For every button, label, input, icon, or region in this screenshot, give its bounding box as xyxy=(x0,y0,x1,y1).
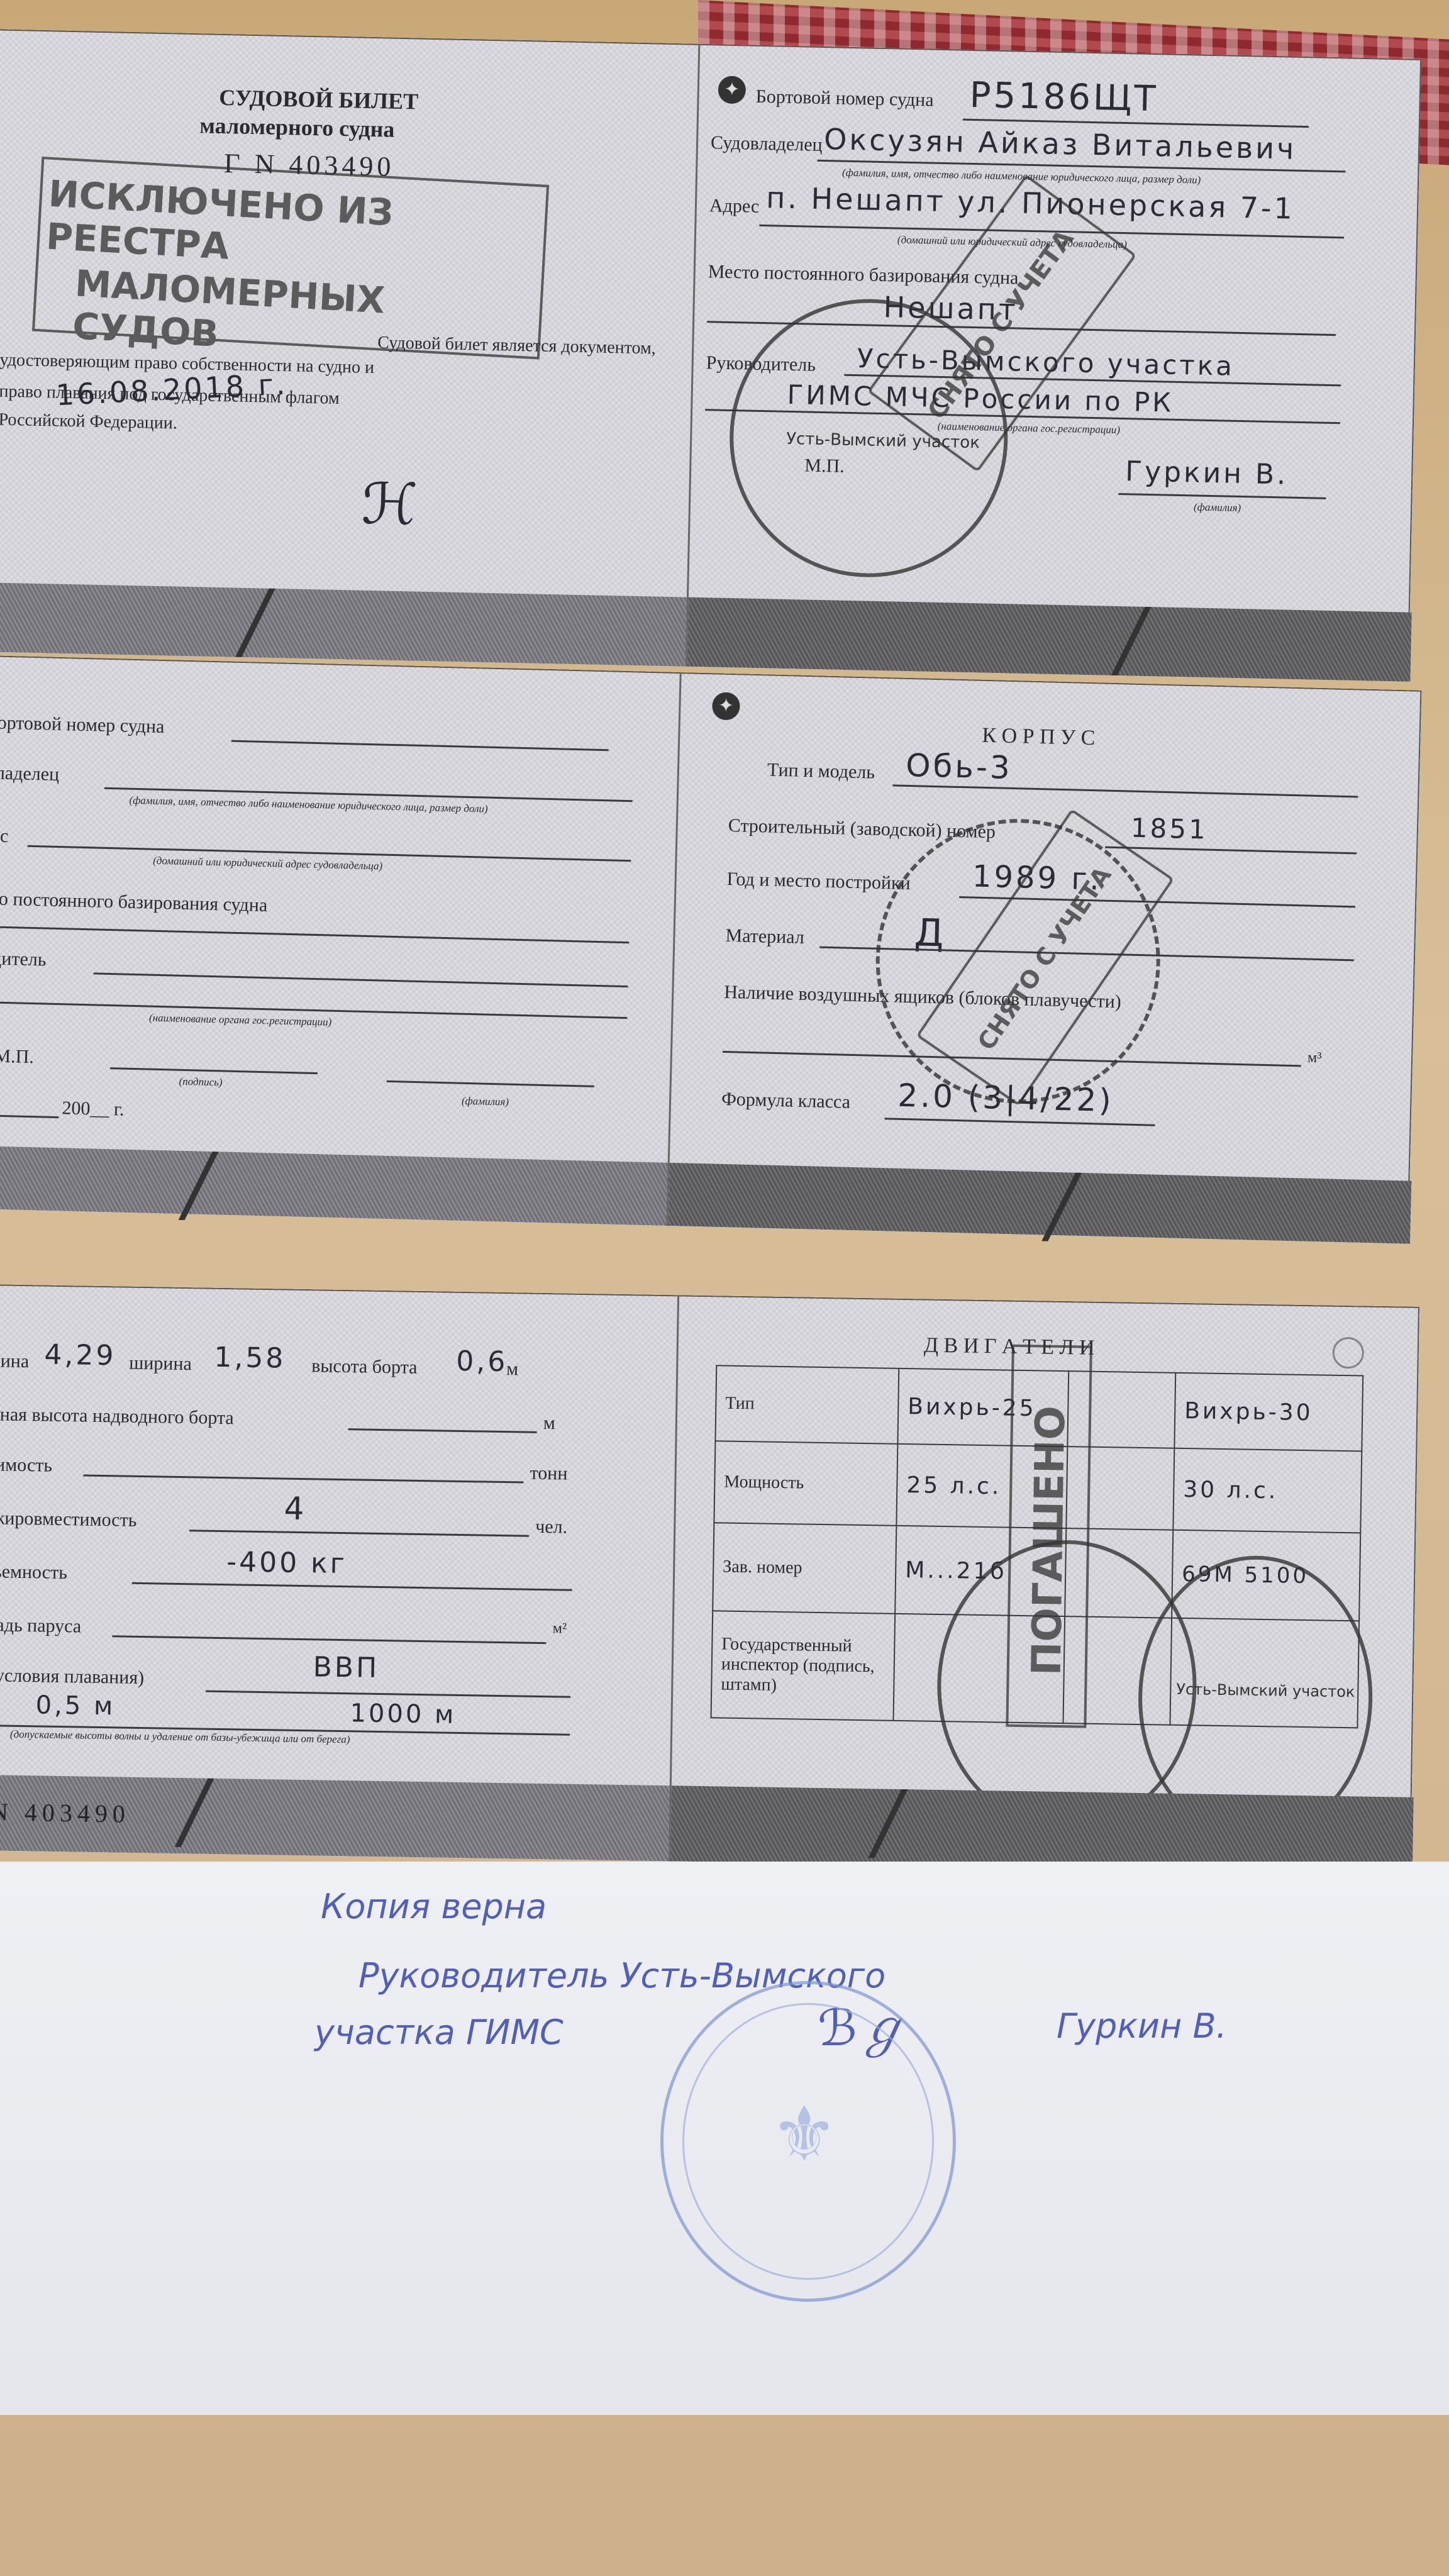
body-line-4: Российской Федерации. xyxy=(0,410,177,434)
load-label: Грузоподъемность xyxy=(0,1560,67,1584)
height-label: высота борта xyxy=(311,1355,418,1379)
board-number-label: Бортовой номер судна xyxy=(0,712,165,738)
width-label: ширина xyxy=(129,1353,192,1375)
area-label: Район (условия плавания) xyxy=(0,1664,144,1689)
surname-hint: (фамилия) xyxy=(462,1095,509,1109)
inspector-stamp-text: Усть-Вымский участок xyxy=(1176,1680,1355,1701)
decorative-band xyxy=(687,597,1412,682)
address-label: Адрес xyxy=(709,195,760,218)
owner-label: Судовладелец xyxy=(711,132,823,156)
excluded-stamp: ИСКЛЮЧЕНО ИЗ РЕЕСТРА МАЛОМЕРНЫХ СУДОВ xyxy=(32,157,549,360)
org-hint: (наименование органа гос.регистрации) xyxy=(149,1012,332,1029)
emblem-icon: ✦ xyxy=(712,692,740,720)
page-3-right: Д В И Г А Т Е Л И Тип Вихрь-25 Вихрь-30 … xyxy=(669,1295,1421,1872)
passengers-label: Пассажировместимость xyxy=(0,1507,137,1531)
type-label: Тип и модель xyxy=(767,759,875,783)
address-label: Адрес xyxy=(0,824,9,847)
load-value: -400 кг xyxy=(226,1546,347,1580)
unit-m: м xyxy=(506,1358,519,1380)
owner-hint: (фамилия, имя, отчество либо наименовани… xyxy=(129,794,488,816)
hull-section-title: К О Р П У С xyxy=(982,724,1096,750)
decorative-band: N 403490 xyxy=(0,1775,670,1861)
page-1-right: ✦ Бортовой номер судна Р5186ЩТ Судовладе… xyxy=(686,44,1423,682)
page-2-left: Бортовой номер судна Судовладелец (фамил… xyxy=(0,655,680,1225)
cert-signature-name: Гуркин В. xyxy=(1057,2006,1227,2046)
table-cell: 30 л.с. xyxy=(1173,1448,1362,1533)
air-boxes-unit: м³ xyxy=(1307,1050,1322,1067)
decorative-band xyxy=(0,1146,668,1226)
sail-label: Площадь паруса xyxy=(0,1614,81,1637)
table-cell: Вихрь-30 xyxy=(1174,1373,1363,1452)
cert-line-3: участка ГИМС xyxy=(314,2012,563,2052)
owner-label: Судовладелец xyxy=(0,762,60,786)
length-value: 4,29 xyxy=(44,1339,116,1372)
material-label: Материал xyxy=(725,925,804,948)
height-value: 0,6 xyxy=(456,1345,508,1378)
area-value: ВВП xyxy=(313,1651,379,1684)
table-cell-label: Мощность xyxy=(714,1441,897,1526)
mp-label: М.П. xyxy=(0,1046,34,1069)
wave-value: 0,5 м xyxy=(35,1690,115,1721)
board-number-value: Р5186ЩТ xyxy=(969,75,1158,119)
signature: ℋ xyxy=(361,471,421,538)
distance-value: 1000 м xyxy=(350,1699,456,1729)
hole-mark xyxy=(1332,1337,1364,1369)
ticket-title: СУДОВОЙ БИЛЕТ xyxy=(219,84,419,115)
certification-area: Копия верна Руководитель Усть-Вымского у… xyxy=(0,1862,1449,2415)
decorative-band xyxy=(668,1163,1411,1244)
ticket-subtitle: маломерного судна xyxy=(199,112,395,142)
length-label: Длина xyxy=(0,1350,29,1372)
surname-hint: (фамилия) xyxy=(1194,501,1241,514)
eagle-emblem-icon: ⚜ xyxy=(770,2091,838,2179)
decorative-band xyxy=(670,1785,1414,1873)
cert-line-1: Копия верна xyxy=(321,1887,547,1926)
sail-unit: м² xyxy=(553,1620,567,1637)
table-cell-label: Государственный инспектор (подпись, штам… xyxy=(711,1611,896,1721)
passengers-value: 4 xyxy=(284,1491,307,1528)
page-3-spread: Длина 4,29 ширина 1,58 высота борта 0,6 … xyxy=(0,1284,1419,1873)
page-2-right: ✦ К О Р П У С Тип и модель Обь-3 Строите… xyxy=(666,672,1423,1244)
table-cell-label: Тип xyxy=(715,1365,899,1444)
passengers-unit: чел. xyxy=(535,1516,567,1538)
owner-value: Оксузян Айказ Витальевич xyxy=(824,122,1297,166)
blue-seal-stamp: ⚜ xyxy=(660,1981,956,2302)
signature-hint: (подпись) xyxy=(179,1075,222,1089)
address-hint: (домашний или юридический адрес судовлад… xyxy=(153,855,382,873)
page-3-left: Длина 4,29 ширина 1,58 высота борта 0,6 … xyxy=(0,1284,677,1861)
date-suffix: 200__ г. xyxy=(62,1097,125,1120)
width-value: 1,58 xyxy=(214,1341,286,1375)
table-cell-label: Зав. номер xyxy=(713,1523,896,1614)
build-number-value: 1851 xyxy=(1130,813,1208,845)
page-1-spread: СУДОВОЙ БИЛЕТ маломерного судна Г N 4034… xyxy=(0,29,1421,681)
freeboard-unit: м xyxy=(543,1413,556,1434)
page-1-left: СУДОВОЙ БИЛЕТ маломерного судна Г N 4034… xyxy=(0,29,698,666)
freeboard-label: Минимальная высота надводного борта xyxy=(0,1402,234,1429)
surname-value: Гуркин В. xyxy=(1125,455,1289,491)
year-label: Год и место постройки xyxy=(726,869,911,894)
series-footer: N 403490 xyxy=(0,1797,130,1828)
capacity-unit: тонн xyxy=(530,1463,567,1485)
decorative-band xyxy=(0,582,687,666)
head-label: Руководитель xyxy=(0,947,47,970)
base-label: Место постоянного базирования судна xyxy=(0,887,268,916)
page-2-spread: Бортовой номер судна Судовладелец (фамил… xyxy=(0,655,1421,1243)
class-label: Формула класса xyxy=(721,1089,851,1113)
capacity-label: Вместимость xyxy=(0,1453,52,1477)
type-value: Обь-3 xyxy=(906,747,1013,786)
board-number-label: Бортовой номер судна xyxy=(755,86,934,111)
emblem-icon: ✦ xyxy=(718,75,746,104)
